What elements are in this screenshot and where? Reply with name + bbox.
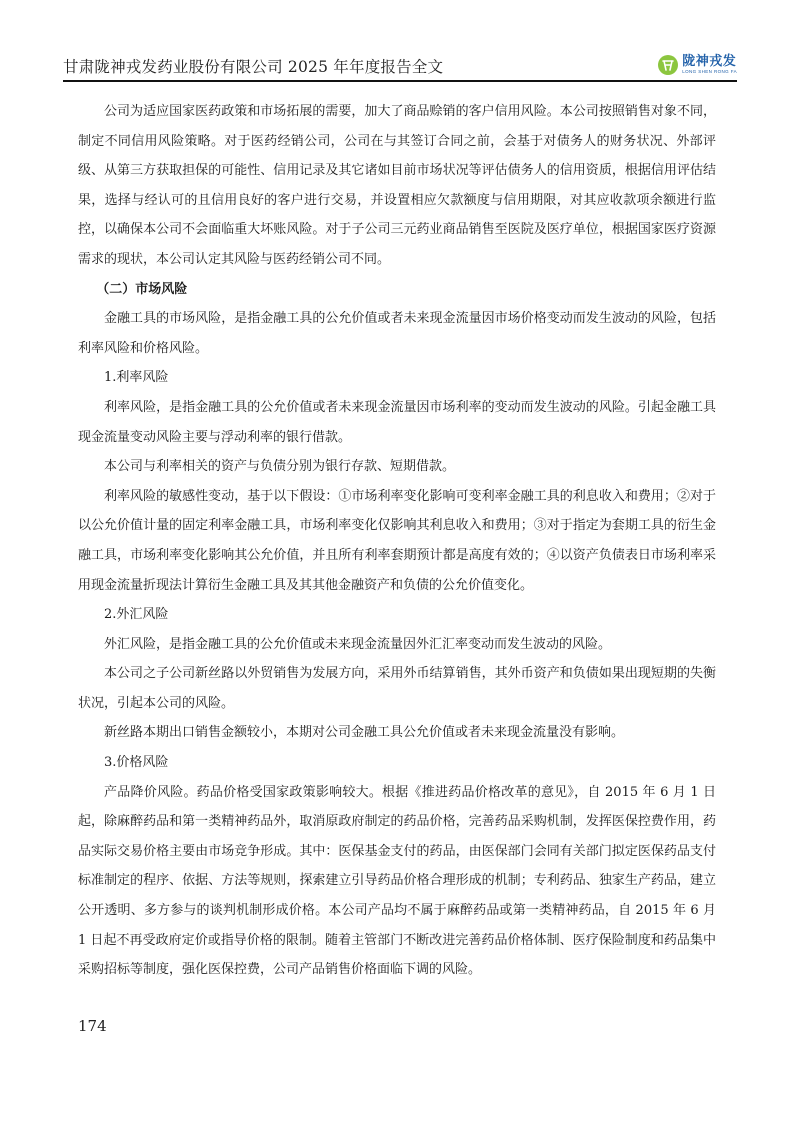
logo-text-cn: 陇神戎发	[682, 55, 737, 68]
paragraph-interest-sensitivity: 利率风险的敏感性变动，基于以下假设：①市场利率变化影响可变利率金融工具的利息收入…	[78, 482, 716, 600]
paragraph-fx-subsidiary: 本公司之子公司新丝路以外贸销售为发展方向，采用外币结算销售，其外币资产和负债如果…	[78, 659, 716, 718]
paragraph-credit-risk: 公司为适应国家医药政策和市场拓展的需要，加大了商品赊销的客户信用风险。本公司按照…	[78, 97, 716, 275]
header-divider	[63, 80, 737, 82]
paragraph-interest-assets: 本公司与利率相关的资产与负债分别为银行存款、短期借款。	[78, 452, 716, 482]
paragraph-fx-definition: 外汇风险，是指金融工具的公允价值或未来现金流量因外汇汇率变动而发生波动的风险。	[78, 630, 716, 660]
page-number: 174	[78, 1017, 107, 1035]
logo-text-en: LONG SHEN RONG FA	[682, 70, 737, 75]
document-body: 公司为适应国家医药政策和市场拓展的需要，加大了商品赊销的客户信用风险。本公司按照…	[78, 97, 716, 985]
page-header: 甘肃陇神戎发药业股份有限公司 2025 年年度报告全文 陇神戎发 LONG SH…	[63, 52, 737, 80]
company-logo: 陇神戎发 LONG SHEN RONG FA	[658, 52, 737, 78]
section-heading-market-risk: （二）市场风险	[78, 275, 716, 305]
paragraph-price-risk: 产品降价风险。药品价格受国家政策影响较大。根据《推进药品价格改革的意见》，自 2…	[78, 778, 716, 985]
subheading-fx-risk: 2.外汇风险	[78, 600, 716, 630]
paragraph-interest-rate-definition: 利率风险，是指金融工具的公允价值或者未来现金流量因市场利率的变动而发生波动的风险…	[78, 393, 716, 452]
paragraph-market-risk: 金融工具的市场风险，是指金融工具的公允价值或者未来现金流量因市场价格变动而发生波…	[78, 304, 716, 363]
paragraph-fx-impact: 新丝路本期出口销售金额较小，本期对公司金融工具公允价值或者未来现金流量没有影响。	[78, 718, 716, 748]
company-logo-icon	[658, 55, 678, 75]
subheading-price-risk: 3.价格风险	[78, 748, 716, 778]
subheading-interest-rate-risk: 1.利率风险	[78, 363, 716, 393]
report-title: 甘肃陇神戎发药业股份有限公司 2025 年年度报告全文	[63, 55, 443, 77]
